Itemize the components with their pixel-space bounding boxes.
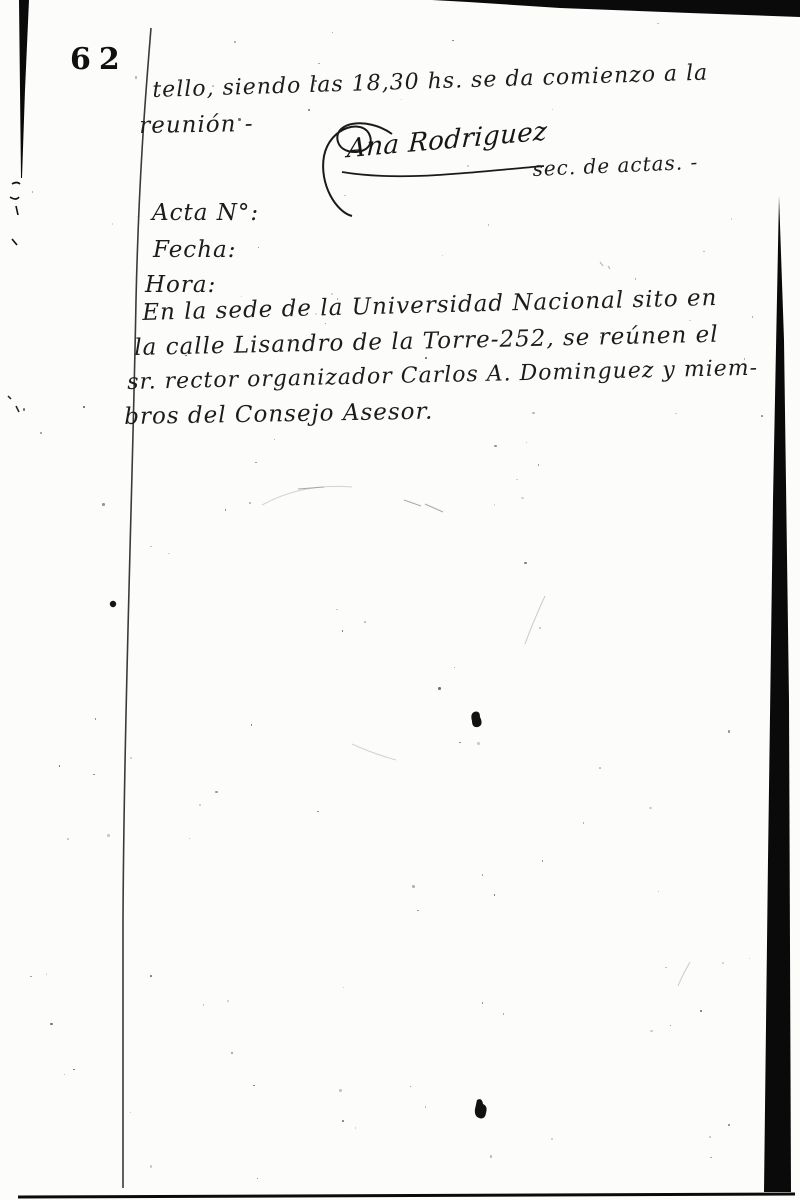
dust-speck (459, 742, 461, 744)
dust-speck (83, 406, 85, 408)
page-number-stamp: 62 (70, 42, 128, 77)
dust-speck (649, 807, 652, 810)
dust-speck (709, 1136, 711, 1138)
dust-speck (700, 1010, 702, 1012)
dust-speck (325, 323, 327, 325)
dust-speck (452, 40, 454, 42)
dust-speck (675, 413, 677, 415)
dust-speck (102, 503, 105, 506)
dust-speck (30, 976, 32, 978)
dust-speck (364, 621, 366, 623)
dust-speck (749, 958, 751, 960)
bottom-edge-line (18, 1194, 795, 1197)
scanned-page: 62 tello, siendo las 18,30 hs. se da com… (0, 0, 800, 1200)
dust-speck (238, 118, 241, 121)
dust-speck (253, 1085, 255, 1087)
dust-speck (234, 41, 237, 44)
dust-speck (332, 32, 334, 34)
handwritten-opening-line-2: reunión - (139, 111, 254, 139)
dust-speck (425, 1106, 427, 1108)
ink-blot-2 (475, 1099, 487, 1118)
dust-speck (490, 1155, 493, 1158)
margin-line (123, 28, 151, 1188)
dust-speck (752, 316, 754, 318)
dust-speck (503, 1013, 505, 1015)
dust-speck (650, 1030, 653, 1033)
handwritten-opening-line-1: tello, siendo las 18,30 hs. se da comien… (152, 61, 709, 103)
top-edge-scan-artifact (432, 0, 800, 17)
scan-artifacts (0, 0, 800, 1200)
dust-speck (494, 445, 497, 448)
dust-speck (425, 357, 427, 359)
dust-speck (521, 497, 524, 500)
field-label-acta: Acta N°: (152, 200, 259, 226)
dust-speck (494, 504, 496, 506)
field-label-fecha: Fecha: (153, 237, 236, 263)
dust-speck (255, 462, 257, 464)
dust-speck (343, 987, 345, 989)
dust-speck (168, 553, 170, 555)
dust-speck (761, 415, 763, 417)
dust-speck (419, 371, 421, 373)
ink-blot-1 (471, 712, 481, 728)
dust-speck (257, 1178, 259, 1180)
dust-speck (342, 630, 344, 632)
dust-speck (412, 885, 415, 888)
dust-speck (95, 718, 97, 720)
dust-speck (552, 109, 554, 111)
dust-speck (203, 1004, 205, 1006)
dust-speck (199, 804, 202, 807)
dust-speck (524, 562, 527, 565)
signature-underline (342, 166, 544, 176)
dust-speck (355, 1127, 357, 1129)
dust-speck (482, 1002, 484, 1004)
dust-speck (551, 1138, 553, 1140)
handwritten-body-line-3: sr. rector organizador Carlos A. Domingu… (127, 356, 758, 395)
dust-speck (494, 894, 496, 896)
dust-speck (227, 1000, 229, 1002)
dust-speck (150, 975, 152, 977)
dust-speck (532, 412, 535, 415)
dust-speck (23, 408, 26, 411)
dust-speck (722, 962, 724, 964)
dust-speck (442, 255, 444, 257)
dust-speck (339, 1089, 342, 1092)
dust-speck (728, 1124, 730, 1126)
dust-speck (73, 1069, 75, 1071)
dust-speck (583, 822, 585, 824)
dust-speck (670, 1025, 672, 1027)
dust-speck (410, 1086, 412, 1088)
dust-speck (93, 774, 95, 776)
dust-speck (336, 609, 338, 611)
dust-speck (189, 838, 191, 840)
dust-speck (438, 687, 441, 690)
dust-speck (344, 195, 346, 197)
dust-speck (112, 223, 114, 225)
dust-speck (744, 358, 746, 360)
dust-speck (150, 1165, 153, 1168)
dust-speck (40, 432, 42, 434)
dust-speck (130, 757, 132, 759)
dust-speck (417, 910, 419, 912)
handwritten-body-line-4: bros del Consejo Asesor. (124, 399, 434, 430)
dust-speck (599, 767, 601, 769)
dust-speck (67, 838, 70, 841)
dust-speck (249, 502, 251, 504)
handwritten-body-line-2: la calle Lisandro de la Torre-252, se re… (134, 322, 719, 361)
left-margin-marks-2 (8, 396, 19, 412)
dust-speck (657, 23, 659, 25)
dust-speck (331, 293, 333, 295)
dust-speck (231, 1052, 233, 1054)
dust-speck (689, 320, 691, 322)
dust-speck (150, 546, 152, 548)
dust-speck (710, 1157, 712, 1159)
right-edge-scan-artifact (764, 196, 791, 1192)
dust-speck (135, 76, 138, 79)
dust-speck (258, 247, 260, 249)
dust-speck (488, 224, 490, 226)
dust-speck (454, 667, 456, 669)
dust-speck (342, 1120, 344, 1122)
dust-speck (665, 967, 667, 969)
dust-speck (658, 891, 660, 893)
dust-speck (538, 464, 540, 466)
dust-speck (728, 730, 731, 733)
dust-speck (251, 724, 253, 726)
dust-speck (773, 514, 775, 516)
dust-speck (703, 251, 705, 253)
dust-speck (314, 80, 317, 83)
left-edge-scan-artifact (19, 0, 29, 178)
dust-speck (635, 278, 637, 280)
dust-speck (130, 1112, 132, 1114)
dust-speck (477, 742, 480, 745)
dust-speck (318, 63, 320, 65)
dust-speck (225, 509, 227, 511)
dust-speck (50, 1023, 53, 1026)
dust-speck (731, 218, 733, 220)
ink-dot (110, 601, 116, 607)
dust-speck (317, 811, 319, 813)
dust-speck (64, 1074, 66, 1076)
dust-speck (542, 860, 544, 862)
dust-speck (526, 442, 528, 444)
dust-speck (137, 216, 139, 218)
dust-speck (312, 83, 315, 86)
dust-speck (539, 627, 541, 629)
dust-speck (59, 765, 61, 767)
dust-speck (401, 99, 403, 101)
dust-speck (107, 834, 110, 837)
dust-speck (274, 439, 276, 441)
field-label-hora: Hora: (145, 272, 216, 298)
left-margin-marks (10, 183, 20, 246)
dust-speck (215, 791, 218, 794)
handwritten-body-line-1: En la sede de la Universidad Nacional si… (142, 285, 718, 326)
dust-speck (482, 874, 484, 876)
signature-role: sec. de actas. - (532, 150, 699, 181)
signature-name: Ana Rodriguez (346, 116, 548, 164)
dust-speck (337, 298, 339, 300)
dust-speck (516, 479, 518, 481)
dust-speck (32, 191, 34, 193)
dust-speck (467, 165, 469, 167)
dust-speck (46, 973, 48, 975)
dust-speck (308, 109, 310, 111)
dust-speck (212, 85, 214, 87)
